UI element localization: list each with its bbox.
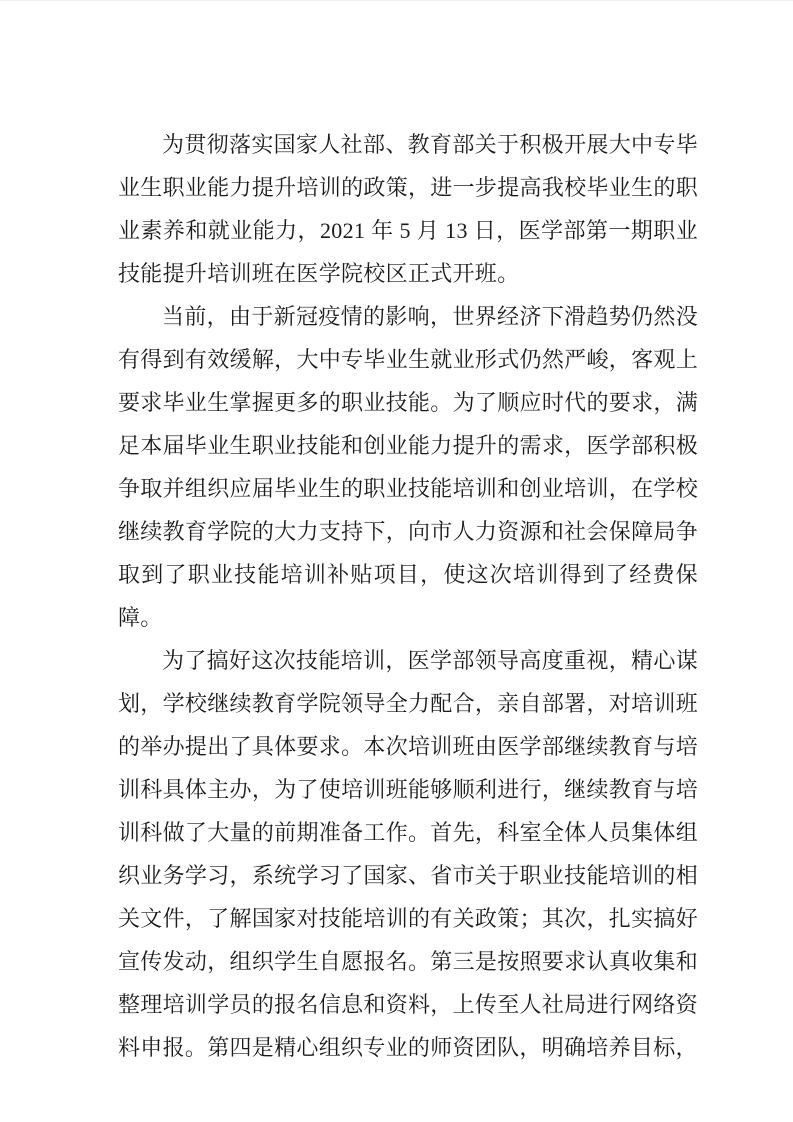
- document-page: 为贯彻落实国家人社部、教育部关于积极开展大中专毕业生职业能力提升培训的政策，进一…: [0, 0, 793, 1122]
- paragraph: 为了搞好这次技能培训，医学部领导高度重视，精心谋划，学校继续教育学院领导全力配合…: [118, 639, 698, 1069]
- document-body: 为贯彻落实国家人社部、教育部关于积极开展大中专毕业生职业能力提升培训的政策，进一…: [118, 123, 698, 1069]
- paragraph: 当前，由于新冠疫情的影响，世界经济下滑趋势仍然没有得到有效缓解，大中专毕业生就业…: [118, 295, 698, 639]
- paragraph: 为贯彻落实国家人社部、教育部关于积极开展大中专毕业生职业能力提升培训的政策，进一…: [118, 123, 698, 295]
